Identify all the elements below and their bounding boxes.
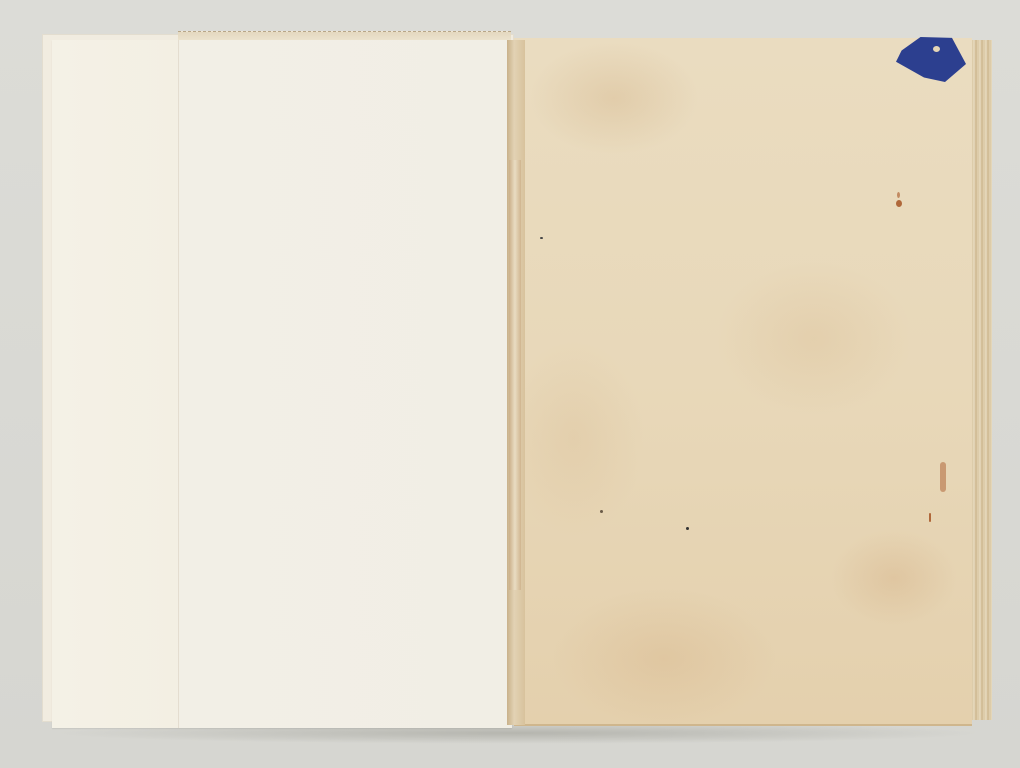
torn-binding-edge [509, 160, 521, 590]
stain-spot [686, 527, 689, 530]
stain-spot [540, 237, 543, 239]
right-aged-page [514, 38, 972, 726]
stain-spot [929, 513, 931, 522]
stain-spot [940, 462, 946, 492]
stain-spot [600, 510, 603, 513]
corner-hole [933, 46, 940, 52]
stain-spot [897, 192, 900, 198]
left-blank-page [52, 40, 512, 728]
stain-spot [896, 200, 902, 207]
left-page-fold-line [178, 40, 179, 728]
